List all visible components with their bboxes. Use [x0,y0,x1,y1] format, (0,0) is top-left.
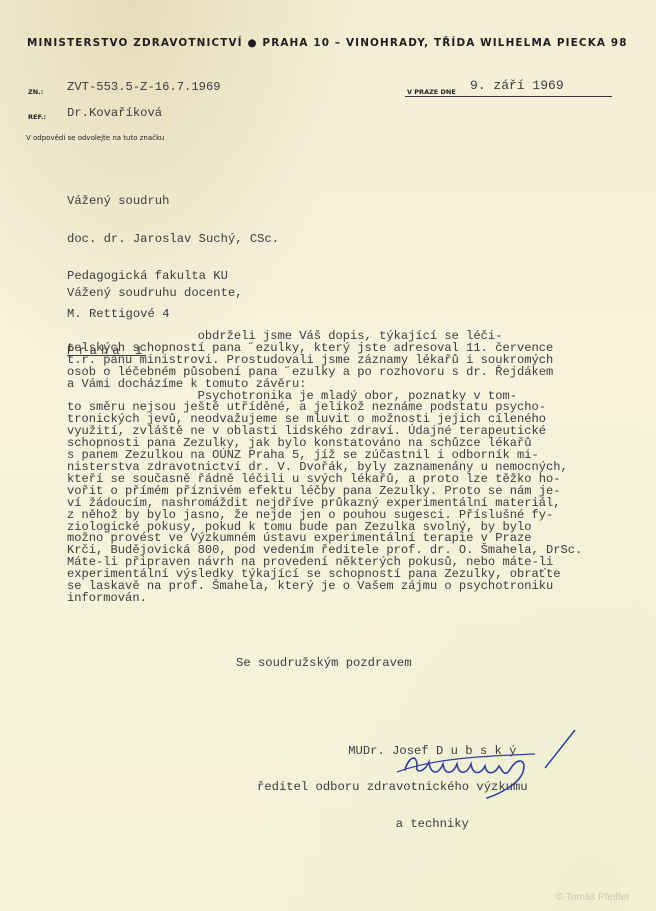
zn-label: ZN.: [28,88,43,96]
address-line: doc. dr. Jaroslav Suchý, CSc. [67,233,279,246]
ref-name: Dr.Kovaříková [67,107,162,119]
letter-body: obdrželi jsme Váš dopis, týkající se léč… [67,331,582,605]
date-value: 9. září 1969 [470,80,564,92]
handwritten-signature [395,728,615,803]
address-line: Pedagogická fakulta KU [67,270,279,283]
salutation: Vážený soudruhu docente, [67,287,243,299]
reply-note: V odpovědi se odvolejte na tuto značku [26,134,164,142]
copyright-watermark: © Tomáš Pfeiffer [556,892,630,903]
reference-number: ZVT-553.5-Z-16.7.1969 [67,81,221,93]
date-label: V PRAZE DNE [407,88,456,96]
address-line: M. Rettigové 4 [67,308,279,321]
date-underline [405,96,612,97]
address-line: Vážený soudruh [67,195,279,208]
body-line: informován. [67,593,582,605]
closing: Se soudružským pozdravem [236,657,412,669]
signer-title: a techniky [337,818,528,830]
letterhead: MINISTERSTVO ZDRAVOTNICTVÍ ● PRAHA 10 – … [27,37,628,49]
ref-label: REF.: [28,113,46,121]
